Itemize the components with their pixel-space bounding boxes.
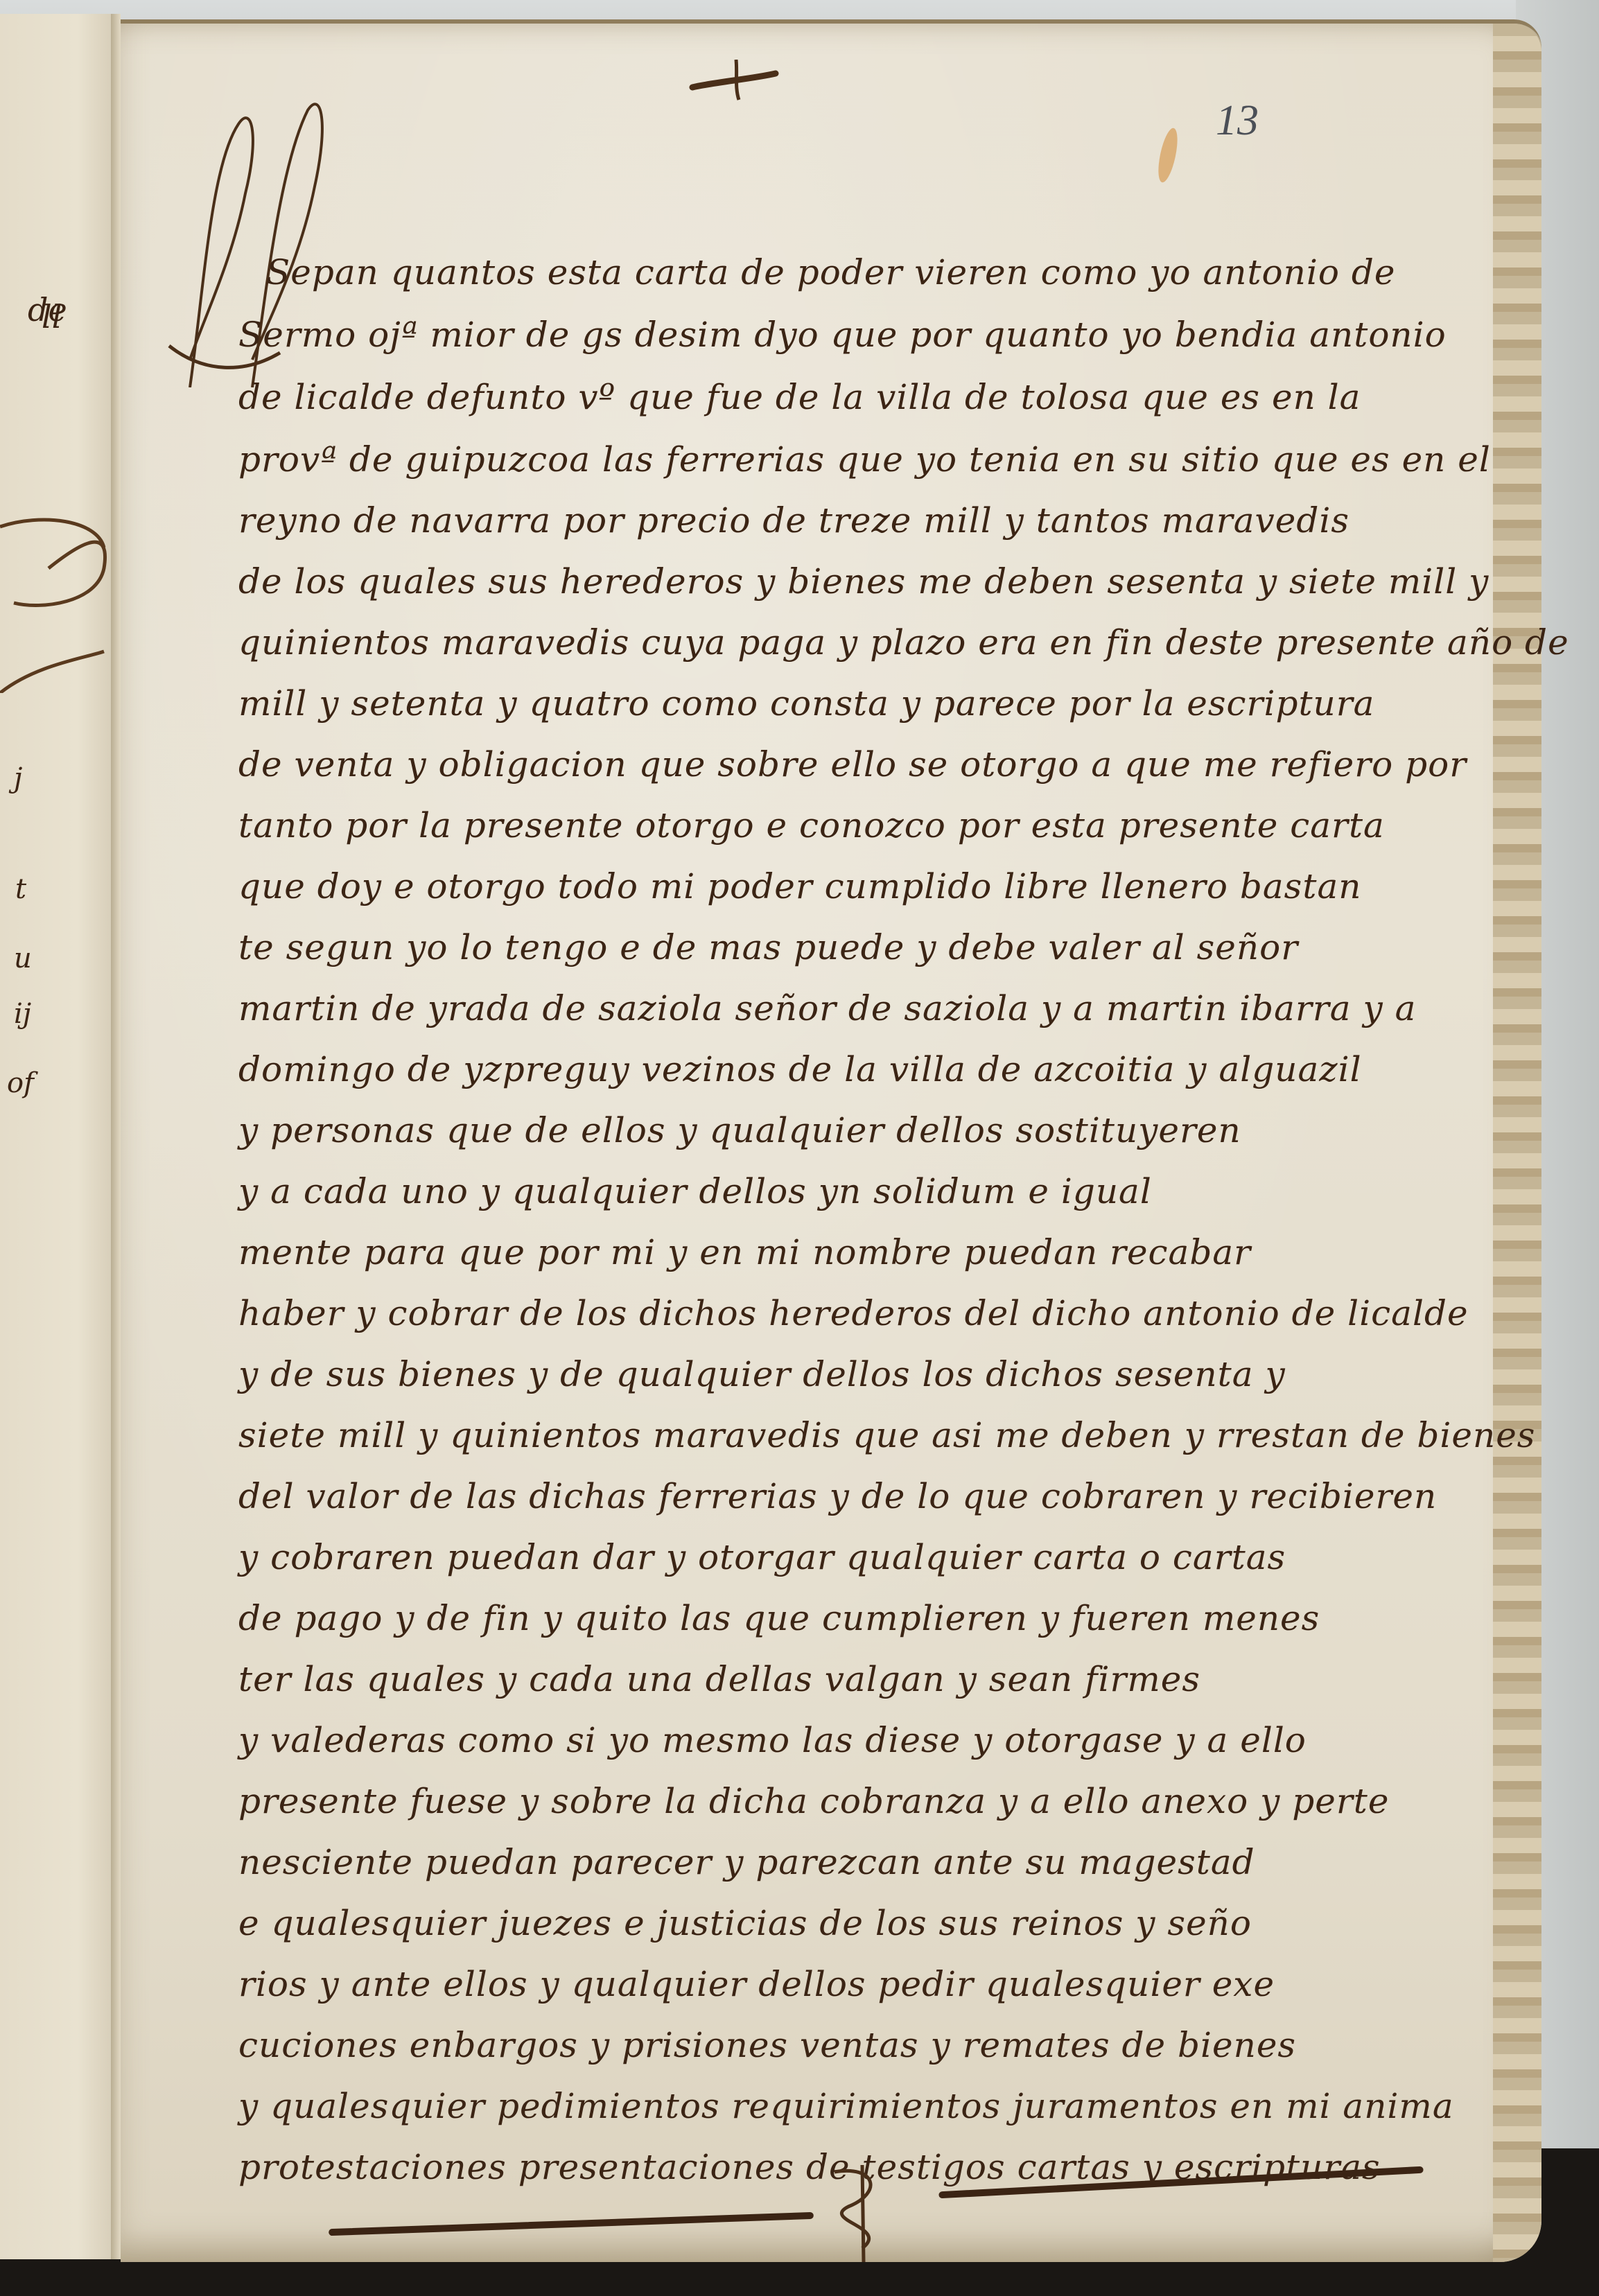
- right-page: 13 Sepan quantos esta carta de poder vie…: [121, 19, 1541, 2262]
- text-line: domingo de yzpreguy vezinos de la villa …: [238, 1049, 1362, 1089]
- text-line: te segun yo lo tengo e de mas puede y de…: [238, 927, 1298, 967]
- text-line: nesciente puedan parecer y parezcan ante…: [238, 1842, 1255, 1882]
- left-page-fragment: t: [15, 873, 26, 905]
- text-line: de licalde defunto vº que fue de la vill…: [238, 377, 1361, 417]
- closing-rule-left: [329, 2212, 814, 2236]
- text-line: que doy e otorgo todo mi poder cumplido …: [238, 866, 1361, 906]
- folio-number: 13: [1216, 96, 1259, 146]
- left-page-fragment: ll: [42, 298, 62, 335]
- left-page-fragment: j: [14, 762, 22, 794]
- text-line: mente para que por mi y en mi nombre pue…: [238, 1232, 1251, 1272]
- flourish-icon: [0, 485, 111, 693]
- text-line: mill y setenta y quatro como consta y pa…: [238, 683, 1374, 724]
- text-line: reyno de navarra por precio de treze mil…: [238, 500, 1349, 541]
- text-line: y personas que de ellos y qualquier dell…: [238, 1110, 1241, 1150]
- book-gutter: [111, 14, 121, 2259]
- text-line: e qualesquier juezes e justicias de los …: [238, 1903, 1252, 1943]
- text-line: presente fuese y sobre la dicha cobranza…: [238, 1781, 1389, 1821]
- text-line: del valor de las dichas ferrerias y de l…: [238, 1476, 1437, 1516]
- text-line: de los quales sus herederos y bienes me …: [238, 561, 1489, 602]
- left-page-fragment: u: [14, 943, 32, 974]
- text-line: ter las quales y cada una dellas valgan …: [238, 1659, 1200, 1699]
- text-line: cuciones enbargos y prisiones ventas y r…: [238, 2025, 1296, 2065]
- text-line: Sepan quantos esta carta de poder vieren…: [266, 252, 1395, 292]
- text-line: siete mill y quinientos maravedis que as…: [238, 1415, 1535, 1455]
- cross-mark-icon: [689, 60, 779, 101]
- left-page: de ll j t u ij of: [0, 14, 113, 2259]
- text-line: martin de yrada de saziola señor de sazi…: [238, 988, 1416, 1028]
- text-line: y valederas como si yo mesmo las diese y…: [238, 1720, 1307, 1760]
- text-line: rios y ante ellos y qualquier dellos ped…: [238, 1964, 1275, 2004]
- page-edge: [1493, 24, 1541, 2262]
- text-line: provª de guipuzcoa las ferrerias que yo …: [238, 439, 1491, 480]
- text-line: haber y cobrar de los dichos herederos d…: [238, 1293, 1469, 1333]
- text-line: tanto por la presente otorgo e conozco p…: [238, 805, 1385, 845]
- rubric-flourish-icon: [821, 2165, 904, 2262]
- text-line: y cobraren puedan dar y otorgar qualquie…: [238, 1537, 1286, 1577]
- left-page-fragment: of: [7, 1067, 34, 1099]
- text-line: de pago y de fin y quito las que cumplie…: [238, 1598, 1320, 1638]
- text-line: Sermo ojª mior de gs desim dyo que por q…: [238, 315, 1447, 355]
- left-page-fragment: ij: [14, 998, 31, 1030]
- text-line: quinientos maravedis cuya paga y plazo e…: [238, 622, 1569, 663]
- text-line: de venta y obligacion que sobre ello se …: [238, 744, 1467, 785]
- stain: [1155, 127, 1181, 184]
- text-line: y a cada uno y qualquier dellos yn solid…: [238, 1171, 1152, 1211]
- text-line: y de sus bienes y de qualquier dellos lo…: [238, 1354, 1286, 1394]
- text-line: y qualesquier pedimientos requirimientos…: [238, 2086, 1454, 2126]
